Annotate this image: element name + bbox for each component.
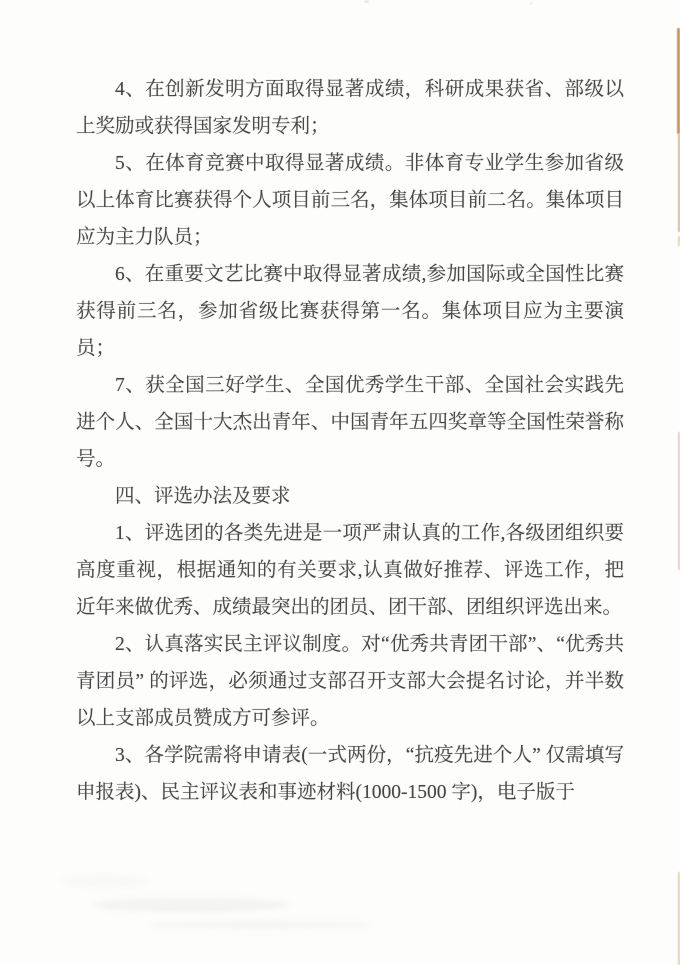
paragraph-criterion-6: 6、在重要文艺比赛中取得显著成绩,参加国际或全国性比赛获得前三名，参加省级比赛获… bbox=[76, 256, 624, 367]
scan-speck-artifact bbox=[530, 2, 533, 5]
scanned-document-screenshot: { "content": { "paragraphs": [ "4、在创新发明方… bbox=[0, 0, 680, 965]
paragraph-criterion-4: 4、在创新发明方面取得显著成绩，科研成果获省、部级以上奖励或获得国家发明专利； bbox=[76, 71, 624, 145]
ink-bleed-artifact bbox=[150, 920, 370, 930]
section-heading-selection-method: 四、评选办法及要求 bbox=[76, 478, 624, 515]
paragraph-method-2: 2、认真落实民主评议制度。对“优秀共青团干部”、“优秀共青团员” 的评选，必须通… bbox=[76, 626, 624, 737]
paragraph-criterion-7: 7、获全国三好学生、全国优秀学生干部、全国社会实践先进个人、全国十大杰出青年、中… bbox=[76, 367, 624, 478]
paragraph-method-3: 3、各学院需将申请表(一式两份，“抗疫先进个人” 仅需填写申报表)、民主评议表和… bbox=[76, 737, 624, 811]
document-page: 4、在创新发明方面取得显著成绩，科研成果获省、部级以上奖励或获得国家发明专利； … bbox=[0, 0, 680, 965]
scan-speck-artifact bbox=[364, 0, 369, 3]
ink-bleed-artifact bbox=[90, 898, 290, 912]
ink-bleed-artifact bbox=[60, 876, 150, 886]
document-text: 4、在创新发明方面取得显著成绩，科研成果获省、部级以上奖励或获得国家发明专利； … bbox=[76, 71, 624, 811]
paragraph-criterion-5: 5、在体育竞赛中取得显著成绩。非体育专业学生参加省级以上体育比赛获得个人项目前三… bbox=[76, 145, 624, 256]
paragraph-method-1: 1、评选团的各类先进是一项严肃认真的工作,各级团组织要高度重视，根据通知的有关要… bbox=[76, 515, 624, 626]
